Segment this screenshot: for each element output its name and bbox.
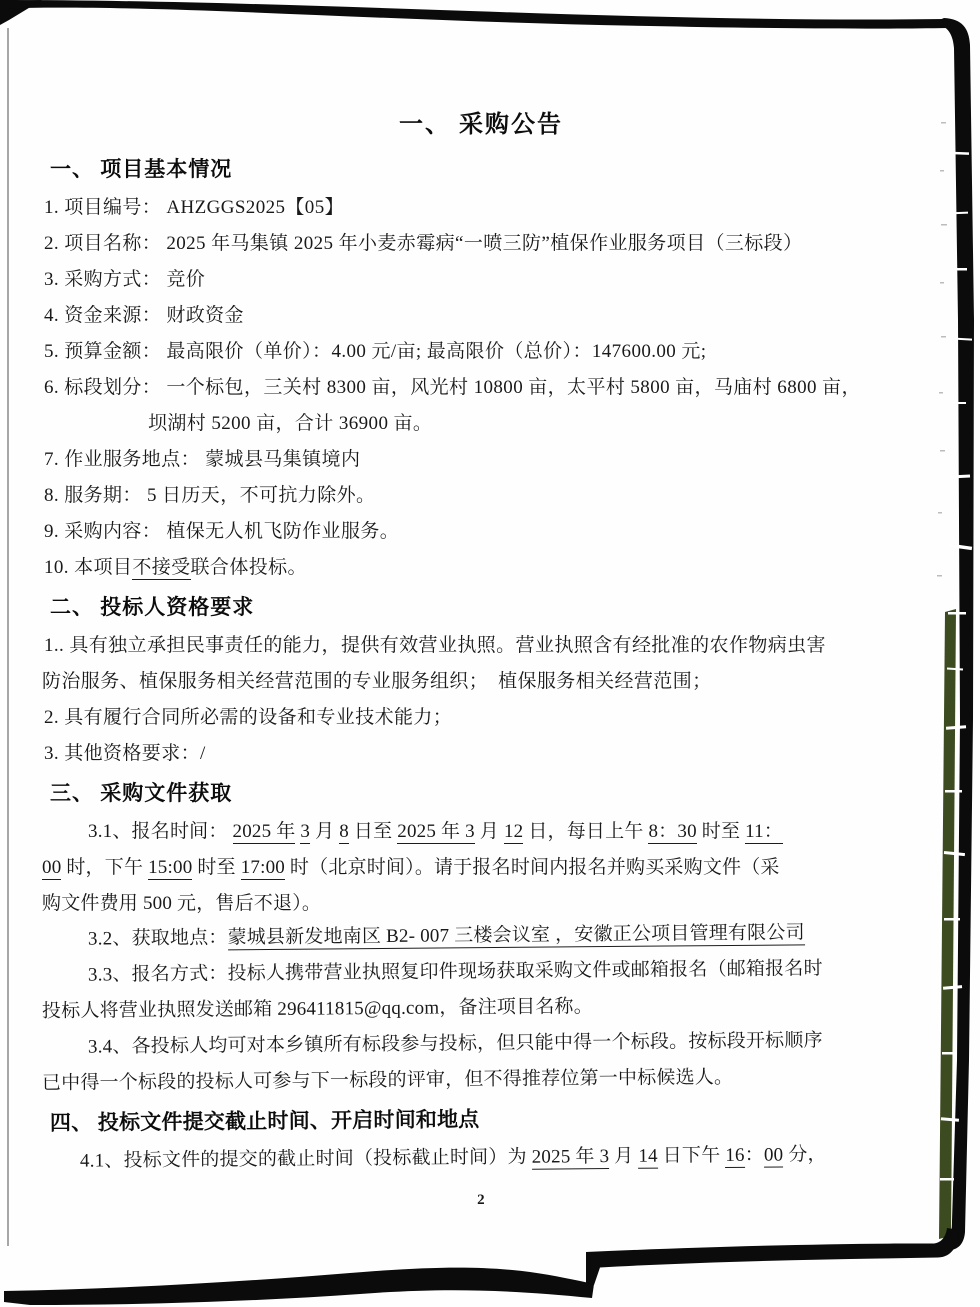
page-number: 2 xyxy=(40,1180,922,1220)
text-segment: 时（北京时间）。请于报名时间内报名并购买采购文件（采 xyxy=(285,857,780,878)
continuation-line: 00 时，下午 15:00 时至 17:00 时（北京时间）。请于报名时间内报名… xyxy=(40,850,922,886)
text-segment: 四、 投标文件提交截止时间、开启时间和地点 xyxy=(50,1107,480,1135)
text-segment: 2. 具有履行合同所必需的设备和专业技术能力； xyxy=(44,707,452,728)
text-segment: 投标人将营业执照发送邮箱 296411815@qq.com，备注项目名称。 xyxy=(42,996,593,1022)
text-segment: 一、 项目基本情况 xyxy=(50,157,232,181)
text-segment: 3. 采购方式： 竞价 xyxy=(44,269,205,290)
text-segment: 时至 xyxy=(697,821,745,842)
text-segment: 购文件费用 500 元，售后不退）。 xyxy=(42,893,321,914)
document-content: 一、 采购公告一、 项目基本情况1. 项目编号： AHZGGS2025【05】2… xyxy=(40,102,922,1220)
text-segment: 5. 预算金额： 最高限价（单价）：4.00 元/亩; 最高限价（总价）：147… xyxy=(44,341,706,362)
body-line: 1.. 具有独立承担民事责任的能力，提供有效营业执照。营业执照含有经批准的农作物… xyxy=(40,628,922,664)
body-line: 5. 预算金额： 最高限价（单价）：4.00 元/亩; 最高限价（总价）：147… xyxy=(40,334,922,370)
body-line: 3. 其他资格要求：/ xyxy=(40,736,922,772)
text-segment: 防治服务、植保服务相关经营范围的专业服务组织； 植保服务相关经营范围； xyxy=(42,671,712,692)
text-segment: 7. 作业服务地点： 蒙城县马集镇境内 xyxy=(44,449,360,470)
border-right-band xyxy=(937,18,974,1250)
underlined-text: 12 xyxy=(504,821,523,844)
text-segment: 3.2、获取地点： xyxy=(88,927,228,949)
text-segment: 月 xyxy=(609,1146,638,1167)
scanned-document-page: 一、 采购公告一、 项目基本情况1. 项目编号： AHZGGS2025【05】2… xyxy=(0,0,980,1307)
underlined-text: 17:00 xyxy=(241,857,285,880)
underlined-text: 不接受 xyxy=(132,557,190,580)
sub-item-line: 3.1、报名时间： 2025 年 3 月 8 日至 2025 年 3 月 12 … xyxy=(40,814,922,850)
border-left-line xyxy=(7,28,9,1246)
border-top-band xyxy=(0,0,952,29)
document-title: 一、 采购公告 xyxy=(40,102,922,148)
underlined-text: 2025 年 3 xyxy=(397,821,475,844)
text-segment: 月 xyxy=(475,821,504,842)
underlined-text: 16 xyxy=(725,1145,745,1168)
underlined-text: 14 xyxy=(638,1146,658,1169)
text-segment: 3.3、报名方式：投标人携带营业执照复印件现场获取采购文件或邮箱报名（邮箱报名时 xyxy=(88,958,823,985)
text-segment: 日，每日上午 xyxy=(523,821,648,842)
text-segment: ： xyxy=(745,1145,764,1166)
continuation-line: 坝湖村 5200 亩，合计 36900 亩。 xyxy=(40,406,922,442)
underlined-text: 3 xyxy=(300,821,310,844)
text-segment: 三、 采购文件获取 xyxy=(50,781,232,805)
section-heading: 三、 采购文件获取 xyxy=(40,772,922,814)
scan-noise-dashes xyxy=(937,122,947,577)
underlined-text: 蒙城县新发地南区 B2- 007 三楼会议室 ，安徽正公项目管理有限公司 xyxy=(227,922,804,950)
border-right-marker-green xyxy=(939,609,956,1239)
underlined-text: 8 xyxy=(339,821,349,844)
body-line: 10. 本项目不接受联合体投标。 xyxy=(40,550,922,586)
underlined-text: 00 xyxy=(42,857,61,880)
text-segment: 3.4、各投标人均可对本乡镇所有标段参与投标，但只能中得一个标段。按标段开标顺序 xyxy=(88,1030,823,1057)
text-segment: 10. 本项目 xyxy=(44,557,132,578)
text-segment: 联合体投标。 xyxy=(191,557,307,578)
text-segment: 9. 采购内容： 植保无人机飞防作业服务。 xyxy=(44,521,399,542)
body-line: 1. 项目编号： AHZGGS2025【05】 xyxy=(40,190,922,226)
border-bottom-band-right xyxy=(586,1228,959,1285)
text-segment: 3. 其他资格要求：/ xyxy=(44,743,206,764)
border-top-left-wedge xyxy=(0,0,42,25)
text-segment: 月 xyxy=(310,821,339,842)
text-segment: 4. 资金来源： 财政资金 xyxy=(44,305,244,326)
scan-white-streaks xyxy=(940,152,972,1181)
underlined-text: 00 xyxy=(764,1145,784,1168)
text-segment: 1.. 具有独立承担民事责任的能力，提供有效营业执照。营业执照含有经批准的农作物… xyxy=(44,635,826,656)
underlined-text: 2025 年 3 xyxy=(532,1146,610,1170)
underlined-text: 2025 年 xyxy=(233,821,296,844)
body-line: 6. 标段划分： 一个标包，三关村 8300 亩，风光村 10800 亩，太平村… xyxy=(40,370,922,406)
text-segment: 6. 标段划分： 一个标包，三关村 8300 亩，风光村 10800 亩，太平村… xyxy=(44,377,861,398)
body-line: 8. 服务期： 5 日历天，不可抗力除外。 xyxy=(40,478,922,514)
text-segment: 分， xyxy=(783,1144,827,1165)
continuation-line: 防治服务、植保服务相关经营范围的专业服务组织； 植保服务相关经营范围； xyxy=(40,664,922,700)
text-segment: 日至 xyxy=(349,821,397,842)
underlined-text: 8：30 xyxy=(648,821,696,844)
text-segment: 8. 服务期： 5 日历天，不可抗力除外。 xyxy=(44,485,375,506)
text-segment: 坝湖村 5200 亩，合计 36900 亩。 xyxy=(148,413,432,434)
text-segment: 二、 投标人资格要求 xyxy=(50,595,254,619)
text-segment: 2 xyxy=(477,1192,485,1208)
text-segment: 时至 xyxy=(192,857,240,878)
text-segment: 2. 项目名称： 2025 年马集镇 2025 年小麦赤霉病“一喷三防”植保作业… xyxy=(44,233,802,254)
body-line: 9. 采购内容： 植保无人机飞防作业服务。 xyxy=(40,514,922,550)
underlined-text: 11： xyxy=(745,821,783,844)
body-line: 4. 资金来源： 财政资金 xyxy=(40,298,922,334)
section-heading: 二、 投标人资格要求 xyxy=(40,586,922,628)
section-heading: 一、 项目基本情况 xyxy=(40,148,922,190)
border-bottom-band-left xyxy=(4,1268,594,1305)
text-segment: 日下午 xyxy=(658,1145,726,1167)
text-segment: 一、 采购公告 xyxy=(399,112,563,138)
text-segment: 已中得一个标段的投标人可参与下一标段的评审，但不得推荐位第一中标候选人。 xyxy=(42,1067,733,1094)
body-line: 2. 项目名称： 2025 年马集镇 2025 年小麦赤霉病“一喷三防”植保作业… xyxy=(40,226,922,262)
body-line: 2. 具有履行合同所必需的设备和专业技术能力； xyxy=(40,700,922,736)
text-segment: 3.1、报名时间： xyxy=(88,821,233,842)
sub-item-line: 4.1、投标文件的提交的截止时间（投标截止时间）为 2025 年 3 月 14 … xyxy=(40,1136,922,1180)
underlined-text: 15:00 xyxy=(148,857,192,880)
text-segment: 4.1、投标文件的提交的截止时间（投标截止时间）为 xyxy=(80,1147,532,1172)
body-line: 3. 采购方式： 竞价 xyxy=(40,262,922,298)
text-segment: 1. 项目编号： AHZGGS2025【05】 xyxy=(44,197,344,218)
text-segment: 时，下午 xyxy=(61,857,148,878)
body-line: 7. 作业服务地点： 蒙城县马集镇境内 xyxy=(40,442,922,478)
